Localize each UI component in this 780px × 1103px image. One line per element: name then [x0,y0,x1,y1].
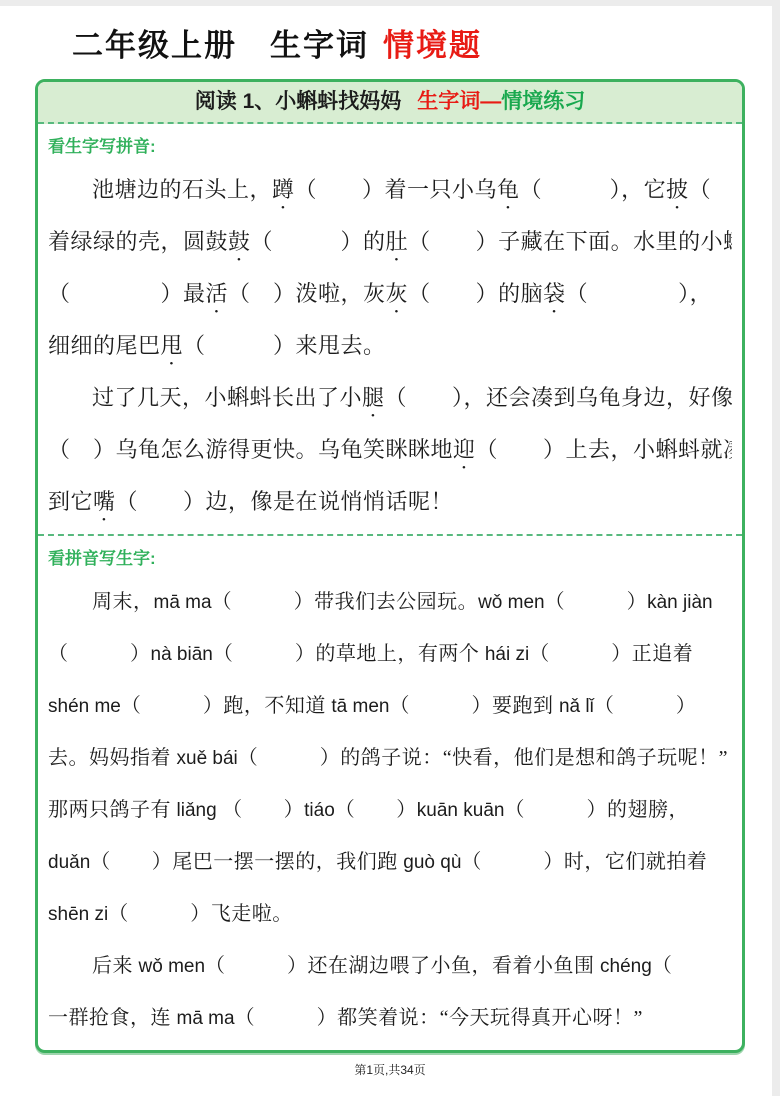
pinyin-text: kàn jiàn [647,592,713,613]
emphasized-character: 肚 [386,229,409,254]
title-accent: 情境题 [383,28,482,63]
section-label: 看拼音写生字: [48,546,732,572]
text-line: （ ）nà biān（ ）的草地上，有两个 hái zi（ ）正追着 [48,628,732,680]
emphasized-character: 甩 [161,333,184,358]
pinyin-text: kuān kuān [417,800,505,821]
text-segment: （ ）边，像是在说悄悄话呢！ [116,489,454,514]
worksheet-card: 阅读 1、小蝌蚪找妈妈生字词—情境练习 看生字写拼音: 池塘边的石头上，蹲（ ）… [35,79,745,1053]
emphasized-character: 鼓 [228,229,251,254]
text-line: （ ）最活（ ）泼啦，灰灰（ ）的脑袋（ ）， [48,268,732,320]
text-line: 后来 wǒ men（ ）还在湖边喂了小鱼，看着小鱼围 chéng（ ） [48,940,732,992]
pinyin-text: nà biān [151,644,213,665]
pinyin-text: shēn zi [48,904,108,925]
text-line: 着绿绿的壳，圆鼓鼓（ ）的肚（ ）子藏在下面。水里的小蝌蚪 [48,216,732,268]
section-label: 看生字写拼音: [48,134,732,160]
pinyin-text: mā ma [177,1008,235,1029]
section-hanzi-to-pinyin: 看生字写拼音: 池塘边的石头上，蹲（ ）着一只小乌龟（ ），它披（ ）着绿绿的壳… [38,124,742,534]
text-line: duǎn（ ）尾巴一摆一摆的，我们跑 guò qù（ ）时，它们就拍着 [48,836,732,888]
text-segment: （ ）都笑着说：“今天玩得真开心呀！” [235,1007,643,1029]
text-segment: （ ）最 [48,281,206,306]
pinyin-text: liǎng [177,800,217,821]
page-number: 第1页,共34页 [0,1061,780,1078]
worksheet-page: 二年级上册 生字词情境题 阅读 1、小蝌蚪找妈妈生字词—情境练习 看生字写拼音:… [0,20,780,1078]
text-segment: （ ） [594,695,697,717]
text-segment: （ ）带我们去公园玩。 [212,591,479,613]
text-segment: （ ）着一只小乌 [295,177,498,202]
header-reading-title: 阅读 1、小蝌蚪找妈妈 [195,90,402,113]
text-segment: （ ）的草地上，有两个 [213,643,485,665]
pinyin-text: xuě bái [177,748,238,769]
exercise-text-pinyin: 周末，mā ma（ ）带我们去公园玩。wǒ men（ ）kàn jiàn（ ）n… [48,576,732,1044]
text-segment: 一群抢食，连 [48,1007,177,1029]
text-segment: 到它 [48,489,93,514]
text-segment: （ ）还在湖边喂了小鱼，看着小鱼围 [205,955,600,977]
emphasized-character: 披 [666,177,689,202]
text-segment: （ ）的鸽子说：“快看，他们是想和鸽子玩呢！” [238,747,728,769]
text-segment: （ ）时，它们就拍着 [461,851,707,873]
text-segment: 池塘边的石头上， [92,177,272,202]
pinyin-text: shén me [48,696,121,717]
emphasized-character: 迎 [453,437,476,462]
exercise-text-hanzi: 池塘边的石头上，蹲（ ）着一只小乌龟（ ），它披（ ）着绿绿的壳，圆鼓鼓（ ）的… [48,164,732,528]
text-segment: （ ）， [566,281,713,306]
text-segment: （ ） [545,591,648,613]
text-segment: （ ）的 [251,229,386,254]
text-segment: （ ）跑，不知道 [121,695,332,717]
text-segment: （ ）乌龟怎么游得更快。乌龟笑眯眯地 [48,437,453,462]
pinyin-text: guò qù [403,852,461,873]
pinyin-text: chéng [600,956,652,977]
text-segment: （ ）泼啦，灰 [228,281,386,306]
text-segment: （ ）来甩去。 [183,333,386,358]
pinyin-text: hái zi [485,644,529,665]
page-margin-right [772,0,780,1096]
text-segment: （ ），还会凑到乌龟身边，好像在教 [385,385,732,410]
text-line: 一群抢食，连 mā ma（ ）都笑着说：“今天玩得真开心呀！” [48,992,732,1044]
title-main: 二年级上册 生字词 [72,28,369,63]
emphasized-character: 袋 [543,281,566,306]
text-line: shén me（ ）跑，不知道 tā men（ ）要跑到 nǎ lǐ（ ） [48,680,732,732]
emphasized-character: 嘴 [93,489,116,514]
text-line: 池塘边的石头上，蹲（ ）着一只小乌龟（ ），它披（ ） [48,164,732,216]
text-segment: （ ）飞走啦。 [108,903,293,925]
emphasized-character: 龟 [497,177,520,202]
text-segment: 周末， [92,591,154,613]
text-line: 去。妈妈指着 xuě bái（ ）的鸽子说：“快看，他们是想和鸽子玩呢！” [48,732,732,784]
text-line: 到它嘴（ ）边，像是在说悄悄话呢！ [48,476,732,528]
text-line: shēn zi（ ）飞走啦。 [48,888,732,940]
text-segment: 那两只鸽子有 [48,799,177,821]
emphasized-character: 腿 [362,385,385,410]
text-line: 细细的尾巴甩（ ）来甩去。 [48,320,732,372]
text-segment: （ ） [217,799,305,821]
text-segment: （ ）上去，小蝌蚪就凑 [476,437,732,462]
text-segment: （ ） [652,955,732,977]
emphasized-character: 蹲 [272,177,295,202]
text-line: 周末，mā ma（ ）带我们去公园玩。wǒ men（ ）kàn jiàn [48,576,732,628]
emphasized-character: 灰 [386,281,409,306]
pinyin-text: nǎ lǐ [559,696,594,717]
text-segment: （ ）的脑 [408,281,543,306]
section-pinyin-to-hanzi: 看拼音写生字: 周末，mā ma（ ）带我们去公园玩。wǒ men（ ）kàn … [38,536,742,1050]
page-title: 二年级上册 生字词情境题 [72,20,780,65]
text-segment: （ ）子藏在下面。水里的小蝌蚪 [408,229,732,254]
text-segment: （ ）尾巴一摆一摆的，我们跑 [90,851,403,873]
text-segment: 着绿绿的壳，圆鼓 [48,229,228,254]
pinyin-text: mā ma [154,592,212,613]
text-segment: （ ），它 [520,177,667,202]
pinyin-text: tā men [331,696,389,717]
pinyin-text: wǒ men [139,956,206,977]
text-segment: 后来 [92,955,139,977]
header-topic-red: 生字词— [417,90,501,113]
text-segment: （ ）正追着 [529,643,693,665]
text-segment: （ ） [48,643,151,665]
header-topic-green: 情境练习 [501,90,585,113]
text-segment: （ ）要跑到 [389,695,559,717]
text-segment: （ ） [335,799,417,821]
pinyin-text: tiáo [304,800,335,821]
emphasized-character: 活 [206,281,229,306]
text-segment: 去。妈妈指着 [48,747,177,769]
text-line: （ ）乌龟怎么游得更快。乌龟笑眯眯地迎（ ）上去，小蝌蚪就凑 [48,424,732,476]
pinyin-text: duǎn [48,852,90,873]
page-margin-top [0,0,780,6]
text-line: 那两只鸽子有 liǎng （ ）tiáo（ ）kuān kuān（ ）的翅膀， [48,784,732,836]
text-segment: （ ）的翅膀， [504,799,689,821]
text-line: 过了几天，小蝌蚪长出了小腿（ ），还会凑到乌龟身边，好像在教 [48,372,732,424]
text-segment: 细细的尾巴 [48,333,161,358]
text-segment: 过了几天，小蝌蚪长出了小 [92,385,362,410]
card-header: 阅读 1、小蝌蚪找妈妈生字词—情境练习 [38,82,742,124]
text-segment: （ ） [689,177,732,202]
pinyin-text: wǒ men [478,592,545,613]
